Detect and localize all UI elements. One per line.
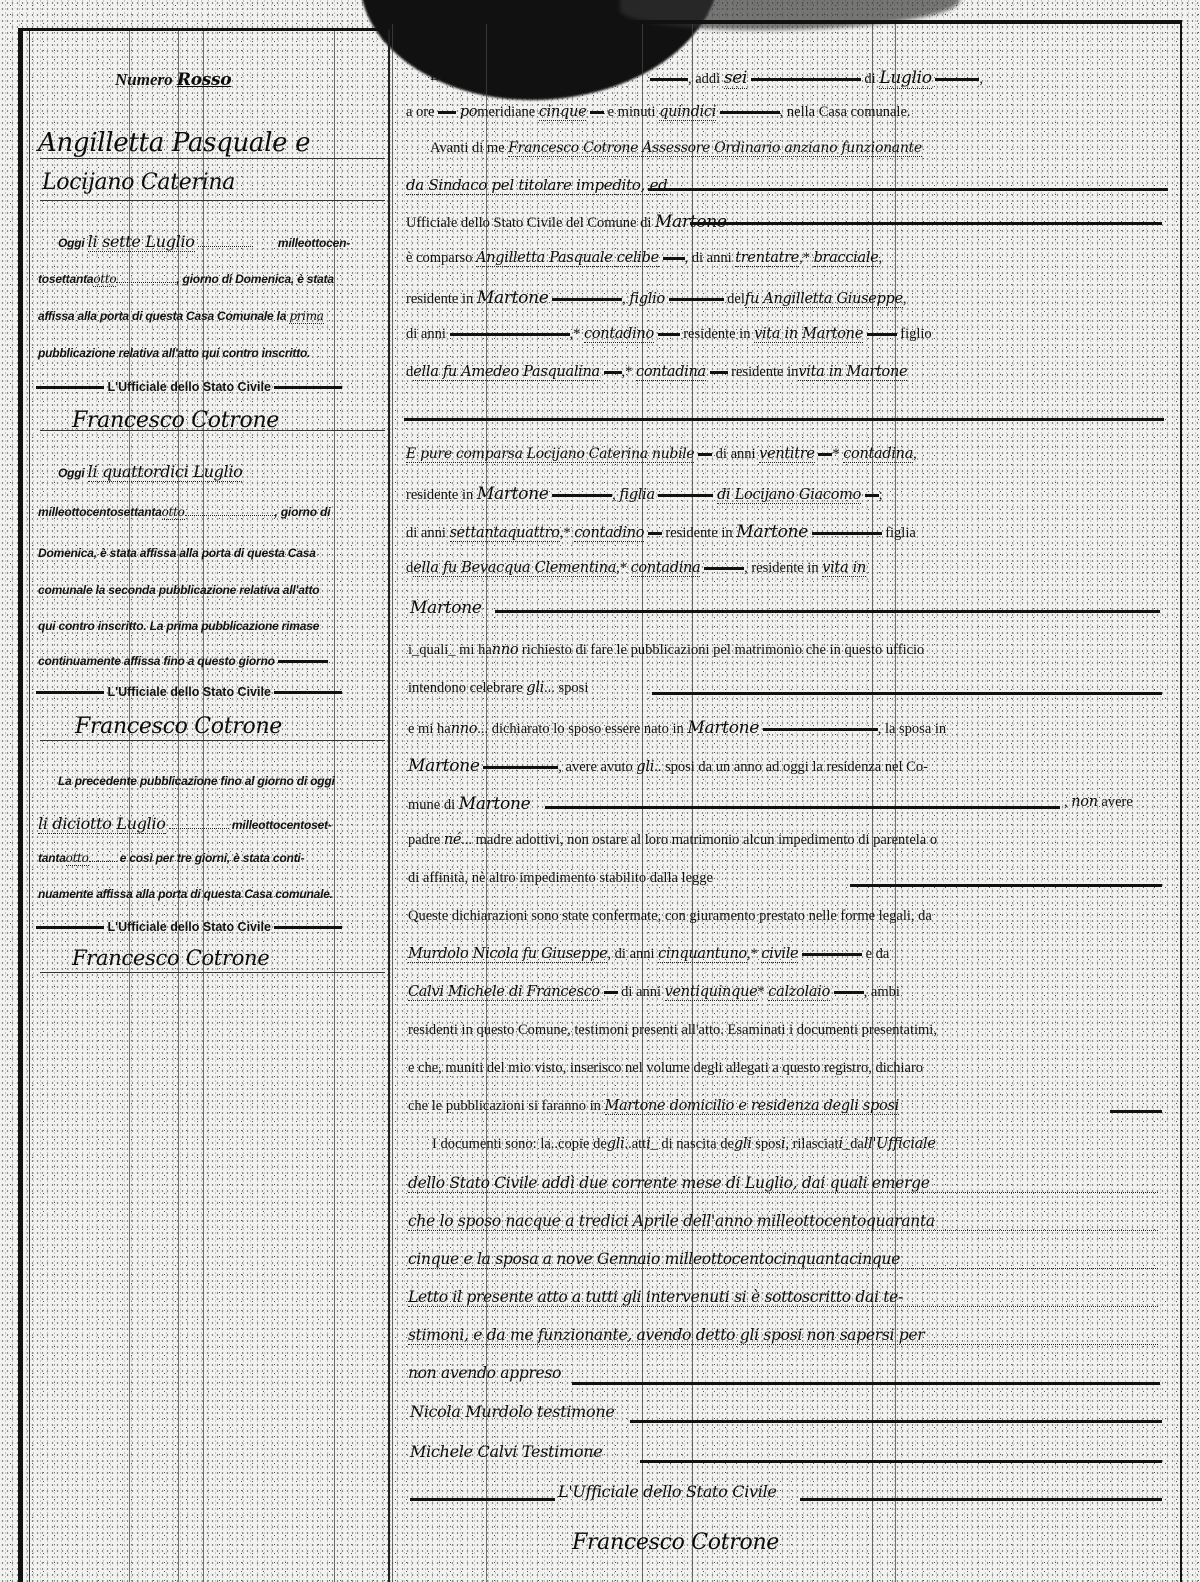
- text: e così per tre giorni, è stata conti-: [120, 851, 305, 865]
- handwritten-line-3: cinque e la sposa a nove Gennaio milleot…: [408, 1250, 1158, 1269]
- act-day: sei: [724, 68, 747, 89]
- rule: [763, 728, 878, 731]
- text: tanta: [38, 851, 66, 865]
- grid-line: [203, 31, 204, 1582]
- bride-birthplace: Martone: [408, 756, 480, 776]
- bride-father-occupation: contadino: [574, 525, 644, 542]
- rule: [710, 371, 728, 374]
- dotted-fill: [169, 828, 229, 829]
- publication-place: Martone domicilio e residenza degli spos…: [605, 1098, 899, 1115]
- rule: [274, 386, 342, 389]
- officer-label-handwritten: L'Ufficiale dello Stato Civile: [558, 1482, 777, 1501]
- bride-name: E pure comparsa Locijano Caterina nubile: [406, 446, 694, 463]
- rule-line: [40, 158, 385, 159]
- rule: [36, 691, 104, 694]
- witness-1-name: Murdolo Nicola fu Giuseppe: [408, 946, 607, 963]
- text: continuamente affissa fino a questo gior…: [38, 654, 275, 668]
- rule: [438, 111, 456, 114]
- rule: [552, 298, 622, 301]
- bride-residence: Martone: [477, 484, 549, 504]
- text: , ambi: [864, 984, 900, 1000]
- text: a ore: [406, 104, 435, 120]
- second-pub-line-5: qui contro inscritto. La prima pubblicaz…: [38, 619, 319, 633]
- fill-rule: [572, 1382, 1160, 1385]
- rule: [590, 111, 604, 114]
- year-fill: otto: [162, 505, 185, 520]
- rule: [818, 453, 832, 456]
- rule: [658, 494, 713, 497]
- text: milleottocentoset-: [232, 818, 332, 832]
- text: , la sposa in: [878, 721, 946, 737]
- text: att: [632, 1136, 647, 1152]
- act-minutes: quindici: [659, 104, 716, 121]
- text: sposi: [665, 759, 695, 775]
- text: avere: [1101, 794, 1132, 810]
- bride-mother-residence: vita in: [822, 560, 866, 577]
- oggi-label: Oggi: [58, 236, 85, 250]
- bride-mother-occupation: contadina: [631, 560, 701, 577]
- officer-label: L'Ufficiale dello Stato Civile: [107, 920, 270, 934]
- text: è comparso: [406, 250, 472, 266]
- text: mi ha: [459, 642, 492, 658]
- rule: [604, 991, 618, 994]
- text: , giorno di: [275, 505, 331, 519]
- grid-line: [129, 31, 130, 1582]
- text: residente in: [406, 487, 473, 503]
- negation-fill: né: [444, 832, 461, 848]
- act-line-4: da Sindaco pel titolare impedito, ed: [406, 176, 667, 195]
- rule: [867, 333, 897, 336]
- fill: i: [838, 1136, 842, 1152]
- rule: [274, 691, 342, 694]
- act-line-27: che le pubblicazioni si faranno in Marto…: [408, 1098, 899, 1115]
- officer-label: L'Ufficiale dello Stato Civile: [107, 380, 270, 394]
- bride-father-age: settantaquattro: [450, 525, 560, 542]
- text: figlio: [900, 326, 931, 342]
- text: Queste dichiarazioni sono state conferma…: [408, 908, 932, 924]
- plural-fill: nno: [492, 642, 519, 658]
- final-note-date: li diciotto Luglio: [38, 814, 166, 834]
- rule: [834, 991, 864, 994]
- act-line-24: Calvi Michele di Francesco di anni venti…: [408, 984, 900, 1001]
- fill: i: [646, 1136, 650, 1152]
- final-note-line-2: li diciotto Luglio milleottocentoset-: [38, 814, 332, 833]
- fill: gli: [607, 1136, 625, 1152]
- text: madre adottivi: [476, 832, 560, 848]
- text: , non ostare al loro matrimonio alcun im…: [560, 832, 937, 848]
- text: e minuti: [608, 104, 656, 120]
- grid-line: [178, 31, 179, 1582]
- text: , avere avuto: [558, 759, 632, 775]
- negation-fill: non: [1071, 794, 1098, 810]
- final-note-line-1: La precedente pubblicazione fino al gior…: [58, 774, 335, 788]
- publication-column: [18, 28, 390, 1582]
- text: residente in: [683, 326, 750, 342]
- act-line-21: di affinità, nè altro impedimento stabil…: [408, 870, 713, 887]
- fill-rule: [630, 1420, 1162, 1423]
- text: , residente in: [744, 560, 819, 576]
- residence-comune: Martone: [459, 794, 531, 814]
- second-pub-line-4: comunale la seconda pubblicazione relati…: [38, 583, 319, 597]
- handwritten-line-2: che lo sposo nacque a tredici Aprile del…: [408, 1212, 1158, 1231]
- text: affissa alla porta di questa Casa Comuna…: [38, 309, 286, 323]
- rule: [802, 953, 862, 956]
- act-month: Luglio: [879, 68, 931, 89]
- groom-relation: figlio: [629, 291, 665, 307]
- rule: [552, 494, 612, 497]
- officer-signature-2: Francesco Cotrone: [75, 714, 282, 739]
- text: addì: [695, 71, 720, 87]
- act-line-5: Ufficiale dello Stato Civile del Comune …: [406, 212, 727, 232]
- first-pub-line-3: affissa alla porta di questa Casa Comuna…: [38, 309, 324, 323]
- act-line-25: residenti in questo Comune, testimoni pr…: [408, 1022, 937, 1039]
- groom-name: Angilletta Pasquale celibe: [476, 250, 659, 267]
- first-pub-line-1: Oggi li sette Luglio milleottocen-: [58, 232, 350, 251]
- rule: [812, 532, 882, 535]
- text: di anni: [716, 446, 756, 462]
- fill-rule: [648, 188, 1168, 191]
- dotted-fill: [198, 246, 253, 247]
- bride-age: ventitre: [759, 446, 815, 463]
- bride-relation: figlia: [619, 487, 654, 503]
- text: intendono celebrare: [408, 680, 523, 696]
- rule: [663, 257, 685, 260]
- grid-line: [392, 24, 393, 1582]
- handwritten-line-4: Letto il presente atto a tutti gli inter…: [408, 1288, 1158, 1307]
- groom-mother: ella fu Amedeo Pasqualina: [413, 364, 600, 381]
- names-line-1: Angilletta Pasquale e: [38, 128, 310, 158]
- officer-heading-2: L'Ufficiale dello Stato Civile: [36, 685, 342, 699]
- act-line-9: della fu Amedeo Pasqualina ,* contadina …: [406, 364, 907, 381]
- text: , giorno di Domenica, è stata: [176, 272, 334, 286]
- text: , nella Casa comunale.: [780, 104, 911, 120]
- rule: [704, 567, 744, 570]
- text: e da: [866, 946, 890, 962]
- rule-line: [40, 200, 385, 201]
- handwritten-line-6: non avendo appreso: [408, 1364, 561, 1382]
- text: richiesto di fare le pubblicazioni pel m…: [522, 642, 924, 658]
- text: da un anno ad oggi la residenza nel Co-: [698, 759, 928, 775]
- bride-father-residence: Martone: [736, 522, 808, 542]
- names-line-2: Locijano Caterina: [42, 170, 235, 195]
- text: milleottocen-: [278, 236, 350, 250]
- act-line-6: è comparso Angilletta Pasquale celibe , …: [406, 250, 882, 267]
- pomeridiane-fill: po: [460, 104, 477, 120]
- act-line-11: residente in Martone , figlia di Locijan…: [406, 484, 883, 504]
- groom-father-residence: vita in Martone: [754, 326, 863, 343]
- text: , di anni: [607, 946, 654, 962]
- text: di: [864, 71, 875, 87]
- rule: [935, 78, 979, 81]
- register-number: Numero Rosso: [115, 70, 231, 90]
- bride-mother: ella fu Bevacqua Clementina: [413, 560, 616, 577]
- year-fill: otto: [66, 851, 89, 866]
- text: dichiarato lo sposo essere nato in: [492, 721, 684, 737]
- grid-line: [895, 24, 896, 1582]
- text: mune di: [408, 797, 455, 813]
- fill-rule: [652, 692, 1162, 695]
- act-line-26: e che, muniti del mio visto, inserisco n…: [408, 1060, 923, 1077]
- text: , rilasciat: [785, 1136, 838, 1152]
- text: residente in: [731, 364, 798, 380]
- officer-heading-3: L'Ufficiale dello Stato Civile: [36, 920, 342, 934]
- text: I documenti sono: la: [432, 1136, 551, 1152]
- rule-line: [40, 972, 385, 973]
- act-line-13: della fu Bevacqua Clementina,* contadina…: [406, 560, 866, 577]
- handwritten-line-5: stimoni, e da me funzionante, avendo det…: [408, 1326, 1158, 1345]
- text: del: [727, 291, 745, 307]
- officer-signature: Francesco Cotrone: [572, 1530, 779, 1555]
- act-line-23: Murdolo Nicola fu Giuseppe, di anni cinq…: [408, 946, 889, 963]
- column-rule: [29, 31, 30, 1582]
- groom-residence: Martone: [477, 288, 549, 308]
- text: da: [850, 1136, 864, 1152]
- groom-birthplace: Martone: [687, 718, 759, 738]
- act-line-20: padre né... madre adottivi, non ostare a…: [408, 832, 937, 849]
- text: di anni: [621, 984, 661, 1000]
- rule: [604, 371, 622, 374]
- witness-2-signature: Michele Calvi Testimone: [410, 1442, 602, 1461]
- dotted-fill: [89, 861, 117, 862]
- text: di nascita de: [661, 1136, 733, 1152]
- text: quali: [419, 642, 448, 658]
- officer-name-fill: Francesco Cotrone Assessore Ordinario an…: [508, 140, 922, 157]
- year-fill: otto: [93, 272, 116, 287]
- act-line-19b: , non avere: [1064, 794, 1133, 811]
- act-line-3: Avanti di me Francesco Cotrone Assessore…: [430, 140, 922, 157]
- groom-father: fu Angilletta Giuseppe: [745, 291, 903, 308]
- bride-occupation: contadina: [843, 446, 913, 463]
- rule: [483, 766, 558, 769]
- text: de: [593, 1136, 607, 1152]
- act-hour: cinque: [539, 104, 587, 121]
- groom-mother-occupation: contadina: [636, 364, 706, 381]
- fill-rule: [640, 1460, 1162, 1463]
- text: spos: [755, 1136, 781, 1152]
- text: di affinità, nè altro impedimento stabil…: [408, 870, 713, 886]
- act-line-16: intendono celebrare gli... sposi: [408, 680, 588, 697]
- fill-rule: [495, 610, 1160, 613]
- act-line-8: di anni ,* contadino residente in vita i…: [406, 326, 932, 343]
- fill-rule: [545, 806, 1060, 809]
- rule-line: [40, 740, 385, 741]
- text: tosettanta: [38, 272, 93, 286]
- rule: [751, 78, 861, 81]
- second-pub-line-2: milleottocentosettantaotto, giorno di: [38, 505, 330, 519]
- rule: [658, 333, 680, 336]
- final-note-line-3: tantaotto e così per tre giorni, è stata…: [38, 851, 304, 865]
- first-pub-date: li sette Luglio: [88, 232, 195, 252]
- text: figlia: [885, 525, 916, 541]
- act-line-10: E pure comparsa Locijano Caterina nubile…: [406, 446, 917, 463]
- rule: [450, 333, 570, 336]
- rule: [669, 298, 724, 301]
- second-pub-line-6: continuamente affissa fino a questo gior…: [38, 654, 328, 668]
- text: milleottocentosettanta: [38, 505, 162, 519]
- text: residente in: [665, 525, 732, 541]
- dotted-fill: [116, 282, 176, 283]
- text: , di anni: [685, 250, 732, 266]
- act-line-28: I documenti sono: la..copie degli..atti_…: [432, 1136, 936, 1153]
- first-pub-line-4: pubblicazione relativa all'atto qui cont…: [38, 346, 310, 360]
- text: Avanti di me: [430, 140, 505, 156]
- rule: [650, 78, 688, 81]
- act-line-22: Queste dichiarazioni sono state conferma…: [408, 908, 932, 925]
- witness-2-name: Calvi Michele di Francesco: [408, 984, 600, 1001]
- text: sposi: [559, 680, 589, 696]
- groom-age: trentatre: [735, 250, 799, 267]
- section-rule: [404, 418, 1164, 421]
- number-value: Rosso: [177, 70, 231, 90]
- witness-1-occupation: civile: [761, 946, 798, 963]
- rule: [698, 453, 712, 456]
- plural-fill: nno: [451, 721, 478, 737]
- officer-role-fill: da Sindaco pel titolare impedito, ed: [406, 176, 667, 195]
- rule: [865, 494, 879, 497]
- officer-heading-1: L'Ufficiale dello Stato Civile: [36, 380, 342, 394]
- text: di anni: [406, 326, 446, 342]
- officer-signature-3: Francesco Cotrone: [72, 946, 269, 970]
- officer-label: L'Ufficiale dello Stato Civile: [107, 685, 270, 699]
- groom-mother-residence: vita in Martone: [798, 364, 907, 381]
- grid-line: [334, 31, 335, 1582]
- act-line-2: a ore pomeridiane cinque e minuti quindi…: [406, 104, 911, 121]
- act-line-14: Martone: [410, 598, 482, 618]
- rule: [278, 660, 328, 663]
- fill-rule: [690, 222, 1162, 225]
- number-label: Numero: [115, 70, 173, 89]
- rule: [720, 111, 780, 114]
- dotted-fill: [185, 515, 275, 516]
- witness-1-age: cinquantuno: [658, 946, 747, 963]
- second-pub-line-1: Oggi li quattordici Luglio: [58, 462, 242, 481]
- act-line-1: L'anno: [430, 68, 470, 85]
- witness-2-age: ventiquinque: [665, 984, 758, 1001]
- witness-2-occupation: calzolaio: [768, 984, 830, 1001]
- fill: gli: [734, 1136, 752, 1152]
- bride-father: di Locijano Giacomo: [717, 487, 861, 504]
- handwritten-line-1: dello Stato Civile addì due corrente mes…: [408, 1174, 1158, 1193]
- act-line-15: i_quali_ mi hanno richiesto di fare le p…: [408, 642, 924, 659]
- text: L'anno: [430, 68, 470, 84]
- rule: [36, 926, 104, 929]
- text: meridiane: [477, 104, 535, 120]
- text: copi: [558, 1136, 583, 1152]
- bride-mother-residence-cont: Martone: [410, 598, 482, 618]
- article-fill: gli: [636, 759, 654, 775]
- fill-rule: [410, 1498, 555, 1501]
- rule: [274, 926, 342, 929]
- groom-father-occupation: contadino: [584, 326, 654, 343]
- final-note-line-4: nuamente affissa alla porta di questa Ca…: [38, 887, 333, 901]
- fill-rule: [800, 1498, 1162, 1501]
- second-pub-date: li quattordici Luglio: [88, 462, 243, 482]
- rule-line: [40, 430, 385, 431]
- text: che le pubblicazioni si faranno in: [408, 1098, 601, 1114]
- act-line-18: Martone , avere avuto gli.. sposi da un …: [408, 756, 928, 776]
- text: i: [408, 642, 412, 658]
- fill-rule: [850, 884, 1162, 887]
- act-line-12: di anni settantaquattro,* contadino resi…: [406, 522, 916, 542]
- rule: [648, 532, 662, 535]
- act-line-19: mune di Martone: [408, 794, 530, 814]
- text: e mi ha: [408, 721, 451, 737]
- oggi-label: Oggi: [58, 466, 85, 480]
- act-line-17: e mi hanno... dichiarato lo sposo essere…: [408, 718, 946, 738]
- act-line-7: residente in Martone , figlio delfu Angi…: [406, 288, 906, 308]
- text: Ufficiale dello Stato Civile del Comune …: [406, 215, 651, 231]
- text: residente in: [406, 291, 473, 307]
- issuing-office: ll'Ufficiale: [864, 1136, 936, 1152]
- first-pub-line-2: tosettantaotto, giorno di Domenica, è st…: [38, 272, 334, 286]
- act-line-1b: , addì sei di Luglio ,: [650, 68, 983, 88]
- second-pub-line-3: Domenica, è stata affissa alla porta di …: [38, 546, 316, 560]
- text: padre: [408, 832, 440, 848]
- text: di anni: [406, 525, 446, 541]
- rule: [36, 386, 104, 389]
- publication-ordinal: prima: [289, 309, 323, 324]
- fill-rule: [1110, 1110, 1162, 1113]
- article-fill: gli: [526, 680, 544, 696]
- witness-1-signature: Nicola Murdolo testimone: [410, 1402, 615, 1421]
- groom-occupation: bracciale: [814, 250, 879, 267]
